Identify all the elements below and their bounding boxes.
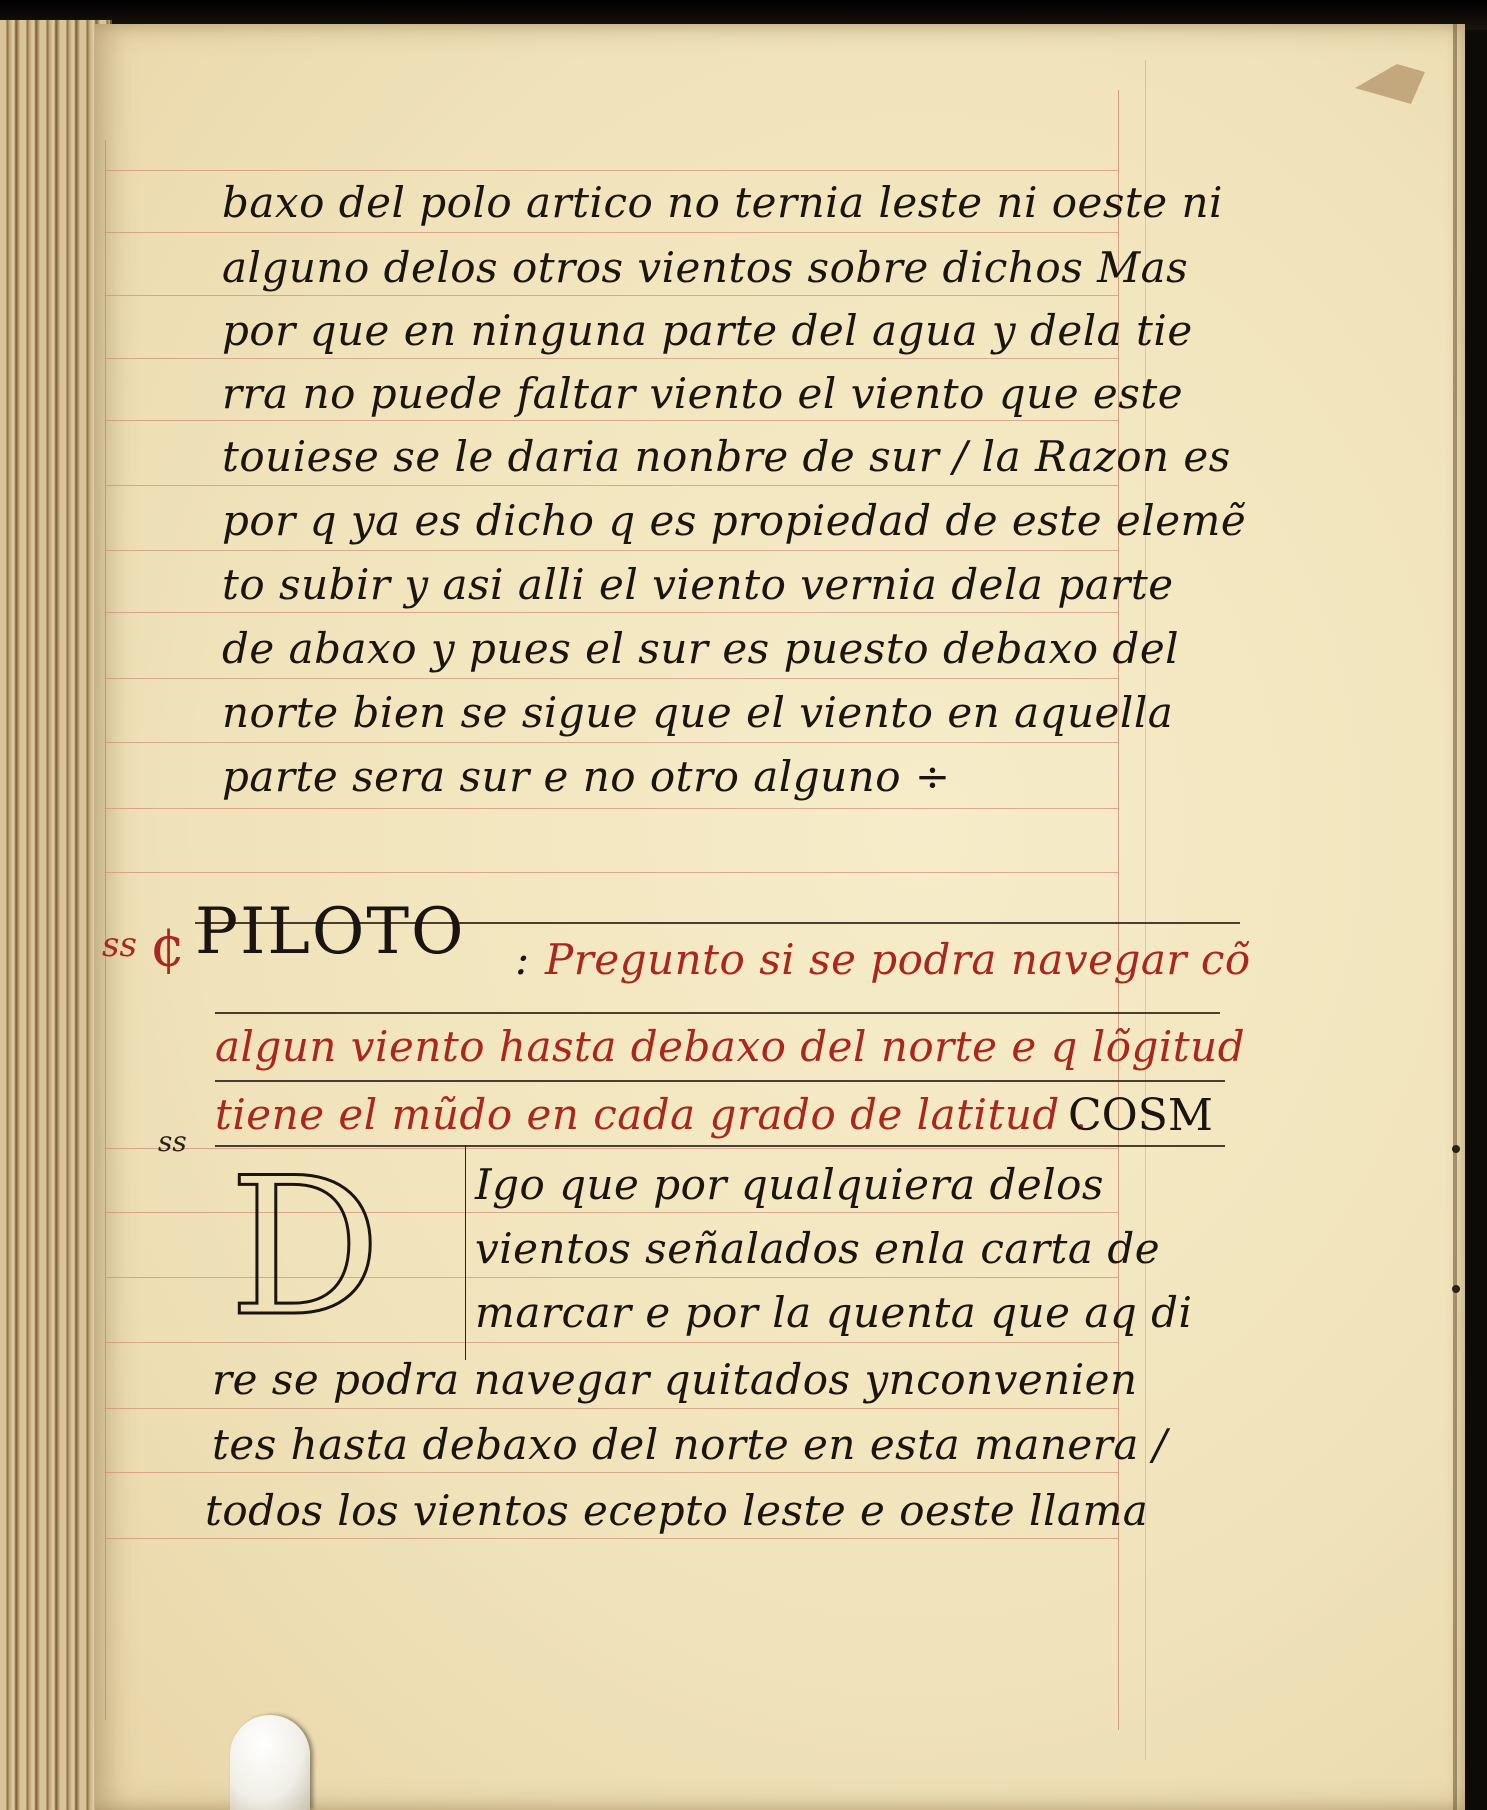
ruling-line: [105, 232, 1118, 233]
text-line: por q ya es dicho q es propiedad de este…: [222, 496, 1246, 545]
speaker-heading: PILOTO: [195, 895, 465, 969]
ruling-line: [105, 872, 1118, 873]
ruling-line: [105, 420, 1118, 421]
pilcrow-icon: ¢: [150, 915, 186, 980]
initial-frame-line: [465, 1145, 466, 1360]
text-line: rra no puede faltar viento el viento que…: [222, 369, 1183, 418]
ruling-line: [105, 1408, 1118, 1409]
reply-speaker-abbrev: COSM: [1068, 1090, 1213, 1141]
rubric-rule: [215, 1012, 1220, 1014]
text-line: vientos señalados enla carta de: [475, 1224, 1160, 1273]
text-line: parte sera sur e no otro alguno ÷: [222, 752, 951, 801]
text-line: tes hasta debaxo del norte en esta maner…: [212, 1420, 1167, 1469]
ruling-line: [105, 742, 1118, 743]
binding-hole: [1452, 1145, 1460, 1153]
margin-section-mark: ss: [102, 925, 137, 965]
binding-hole: [1452, 1285, 1460, 1293]
text-line: alguno delos otros vientos sobre dichos …: [222, 243, 1188, 292]
ruling-line: [105, 1538, 1118, 1539]
rubric-rule: [215, 1080, 1225, 1082]
text-line: de abaxo y pues el sur es puesto debaxo …: [222, 624, 1179, 673]
text-line: to subir y asi alli el viento vernia del…: [222, 560, 1174, 609]
ruling-line: [105, 1472, 1118, 1473]
text-line: Igo que por qualquiera delos: [475, 1160, 1104, 1209]
ruling-line: [105, 295, 1118, 296]
speaker-separator: :: [515, 935, 530, 984]
text-line: baxo del polo artico no ternia leste ni …: [222, 178, 1223, 227]
text-line: re se podra navegar quitados ynconvenien: [212, 1355, 1138, 1404]
text-line: por que en ninguna parte del agua y dela…: [222, 306, 1193, 355]
question-line: Pregunto si se podra navegar cõ: [545, 935, 1251, 984]
ruling-line: [105, 485, 1118, 486]
question-line: tiene el mũdo en cada grado de latitud .: [215, 1090, 1087, 1139]
text-line: norte bien se sigue que el viento en aqu…: [222, 688, 1173, 737]
page-fold-edge: [1453, 24, 1457, 1810]
ruling-line: [105, 358, 1118, 359]
question-line: algun viento hasta debaxo del norte e q …: [215, 1022, 1245, 1071]
corner-tear: [1355, 64, 1425, 104]
text-line: todos los vientos ecepto leste e oeste l…: [205, 1486, 1148, 1535]
ruling-line: [105, 808, 1118, 809]
margin-section-mark: ss: [158, 1125, 187, 1158]
ruling-line: [105, 550, 1118, 551]
decorated-initial: D: [215, 1163, 395, 1338]
ruling-line: [105, 170, 1118, 171]
ruling-line: [105, 612, 1118, 613]
text-line: touiese se le daria nonbre de sur / la R…: [222, 432, 1231, 481]
bookmark-tab: [230, 1715, 310, 1810]
text-line: marcar e por la quenta que aq di: [475, 1288, 1192, 1337]
ruling-line: [105, 678, 1118, 679]
